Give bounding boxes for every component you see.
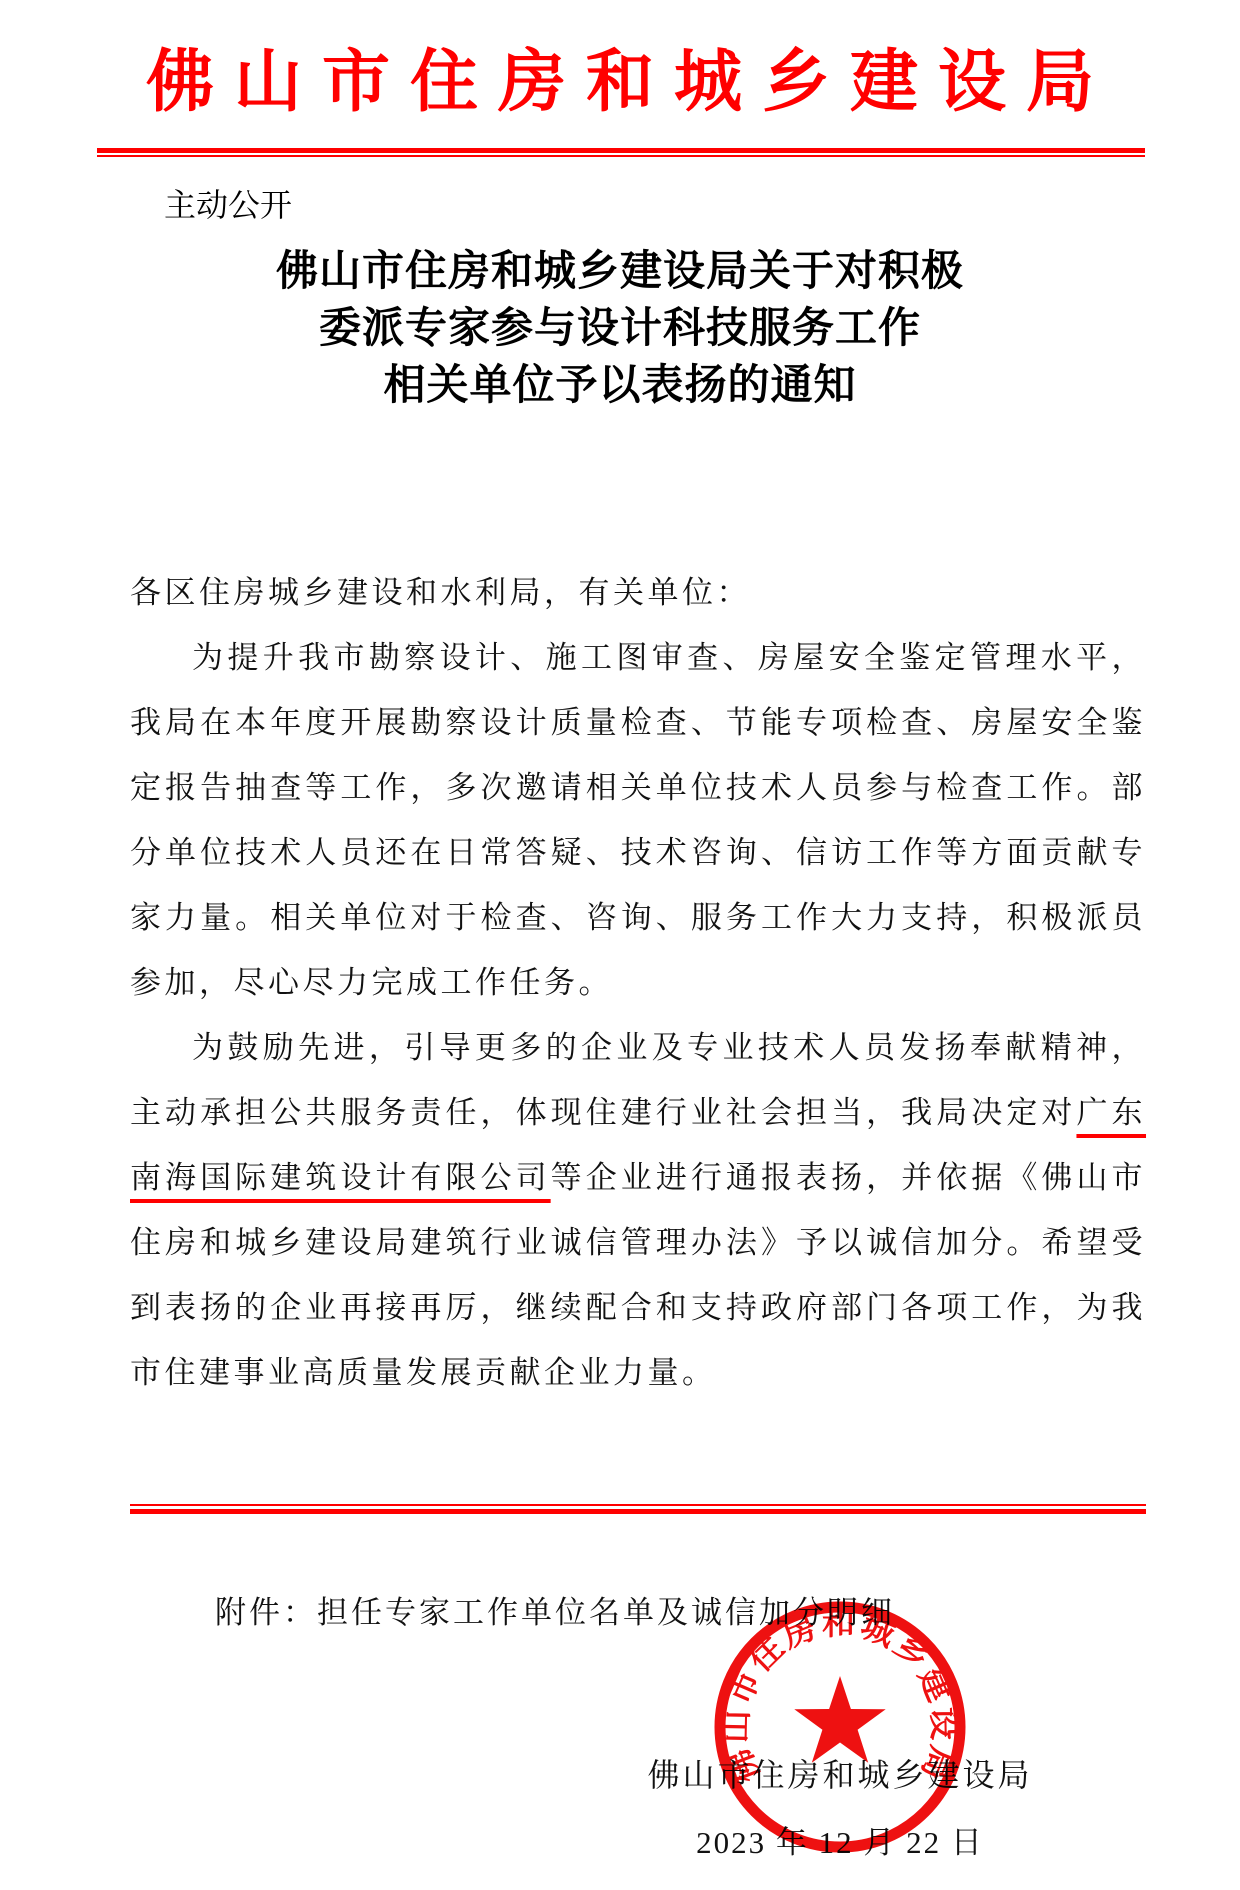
masthead-divider	[97, 148, 1145, 157]
document-page: 佛山市住房和城乡建设局 主动公开 佛山市住房和城乡建设局关于对积极 委派专家参与…	[0, 0, 1240, 1890]
document-title: 佛山市住房和城乡建设局关于对积极 委派专家参与设计科技服务工作 相关单位予以表扬…	[0, 244, 1240, 415]
paragraph-1: 为提升我市勘察设计、施工图审查、房屋安全鉴定管理水平，我局在本年度开展勘察设计质…	[130, 625, 1146, 1015]
signing-agency: 佛山市住房和城乡建设局	[540, 1750, 1140, 1796]
agency-masthead: 佛山市住房和城乡建设局	[0, 42, 1240, 122]
paragraph-2: 为鼓励先进，引导更多的企业及专业技术人员发扬奉献精神，主动承担公共服务责任，体现…	[130, 1015, 1146, 1405]
footer-divider	[130, 1504, 1146, 1514]
attachment-label: 附件：	[215, 1595, 317, 1630]
document-body: 各区住房城乡建设和水利局，有关单位： 为提升我市勘察设计、施工图审查、房屋安全鉴…	[130, 560, 1146, 1405]
document-title-line2: 委派专家参与设计科技服务工作	[0, 301, 1240, 358]
disclosure-label: 主动公开	[164, 180, 292, 226]
attachment-title: 担任专家工作单位名单及诚信加分明细	[317, 1595, 895, 1630]
divider-thin-line	[97, 155, 1145, 157]
seal-ring	[720, 1607, 960, 1847]
salutation-line: 各区住房城乡建设和水利局，有关单位：	[130, 560, 1146, 625]
attachment-line: 附件：担任专家工作单位名单及诚信加分明细	[215, 1587, 895, 1632]
paragraph-2-text: 为鼓励先进，引导更多的企业及专业技术人员发扬奉献精神，主动承担公共服务责任，体现…	[130, 1030, 1146, 1130]
signing-date: 2023 年 12 月 22 日	[540, 1817, 1140, 1862]
document-title-line1: 佛山市住房和城乡建设局关于对积极	[0, 244, 1240, 301]
document-title-line3: 相关单位予以表扬的通知	[0, 358, 1240, 415]
divider-thick-line	[130, 1509, 1146, 1514]
